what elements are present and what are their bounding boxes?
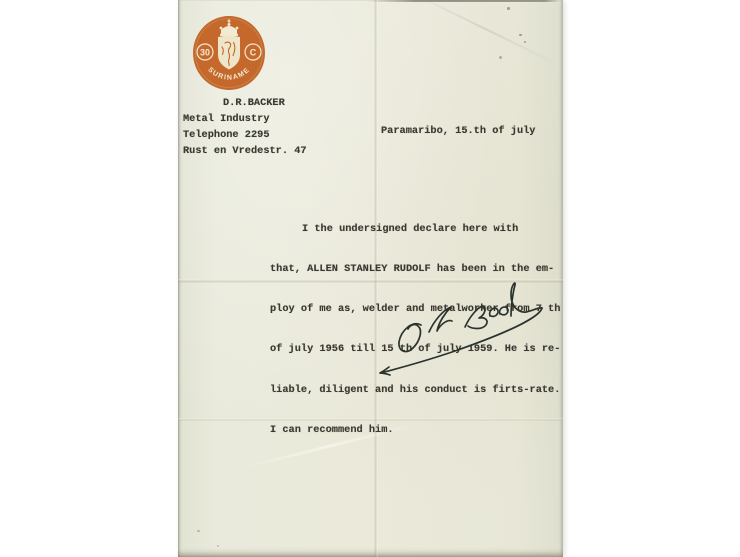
paper-stain (217, 545, 219, 547)
stamp-value-right: C (250, 48, 257, 58)
suriname-stamp-emblem: 30 C SURINAME (191, 14, 267, 92)
paper-stain (519, 34, 522, 36)
paper-top-edge-shadow (368, 0, 560, 2)
body-line: liable, diligent and his conduct is firt… (270, 384, 564, 397)
signature-strokes (380, 283, 542, 375)
paper-stain (499, 56, 502, 59)
letter-paper: 30 C SURINAME D.R.BACKER Metal Industry … (178, 0, 563, 557)
dateline: Paramaribo, 15.th of july (381, 125, 535, 138)
paper-wrinkle (411, 0, 560, 66)
stamp-value-left: 30 (200, 48, 210, 58)
paper-stain (524, 41, 526, 43)
letterhead-industry: Metal Industry (183, 113, 270, 126)
paper-stain (507, 7, 510, 10)
scanned-letter-photo: 30 C SURINAME D.R.BACKER Metal Industry … (0, 0, 740, 557)
body-line: I can recommend him. (270, 424, 564, 437)
letterhead-name: D.R.BACKER (223, 97, 285, 110)
body-line: I the undersigned declare here with (270, 223, 564, 236)
letterhead-address: Rust en Vredestr. 47 (183, 145, 307, 158)
paper-stain (197, 530, 200, 532)
signature-handwriting (370, 275, 580, 380)
letterhead-telephone: Telephone 2295 (183, 129, 270, 142)
